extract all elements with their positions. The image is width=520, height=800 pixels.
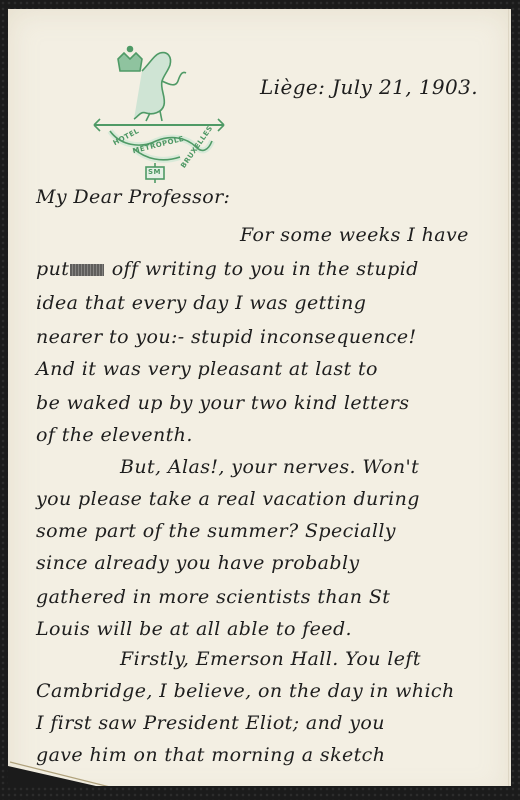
letterhead-monogram: SM — [148, 168, 161, 176]
letter-line: of the eleventh. — [36, 424, 193, 446]
letter-line: Cambridge, I believe, on the day in whic… — [36, 680, 455, 702]
paper-edge-line — [508, 9, 509, 800]
letter-line: For some weeks I have — [240, 224, 469, 246]
scan-background — [0, 786, 520, 800]
letter-line: be waked up by your two kind letters — [36, 392, 409, 414]
letter-line: gathered in more scientists than St — [36, 586, 390, 608]
letter-line: put off writing to you in the stupid — [36, 258, 419, 280]
letter-line: I first saw President Eliot; and you — [36, 712, 385, 734]
letter-line: nearer to you:- stupid inconsequence! — [36, 326, 417, 348]
letter-line: idea that every day I was getting — [36, 292, 366, 314]
crossed-out-word — [70, 264, 104, 276]
letter-line: gave him on that morning a sketch — [36, 744, 385, 766]
dateline: Liège: July 21, 1903. — [260, 75, 478, 99]
letter-line: Louis will be at all able to feed. — [36, 618, 352, 640]
letter-line: Firstly, Emerson Hall. You left — [120, 648, 421, 670]
salutation: My Dear Professor: — [36, 186, 230, 208]
letter-line: since already you have probably — [36, 552, 360, 574]
letter-line: But, Alas!, your nerves. Won't — [120, 456, 419, 478]
letter-line: you please take a real vacation during — [36, 488, 420, 510]
letter-line: And it was very pleasant at last to — [36, 358, 378, 380]
hotel-letterhead: HOTEL METROPOLE BRUXELLES SM — [90, 41, 230, 191]
letter-line: some part of the summer? Specially — [36, 520, 396, 542]
